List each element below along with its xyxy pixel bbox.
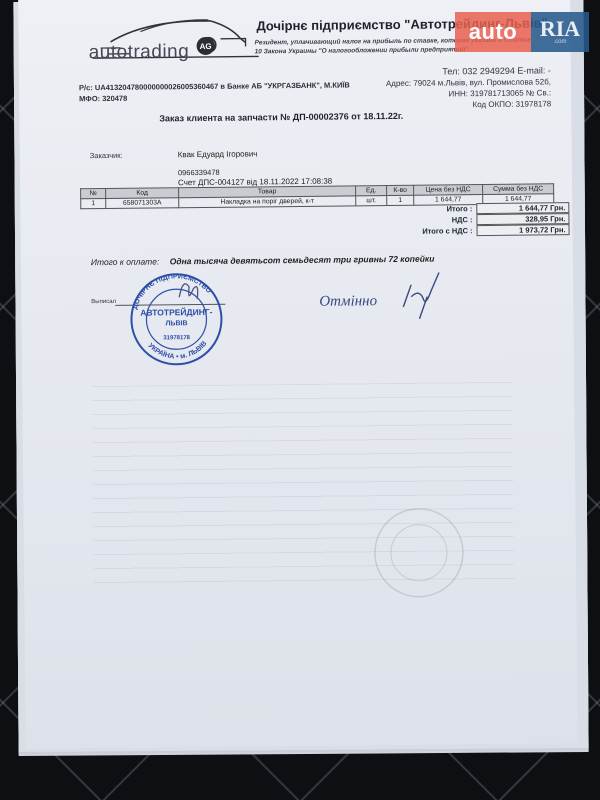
watermark-ria: RIA .com (531, 12, 589, 52)
to-pay-label: Итого к оплате: (91, 256, 160, 267)
svg-text:ДОЧІРНЄ ПІДПРИЄМСТВО: ДОЧІРНЄ ПІДПРИЄМСТВО (131, 273, 212, 310)
col-unit: Ед. (356, 186, 387, 196)
logo-badge: AG (197, 37, 215, 55)
company-contacts: Тел: 032 2949294 E-mail: - Адрес: 79024 … (386, 65, 552, 111)
issued-by-label: Выписал (91, 299, 116, 305)
autoria-watermark: auto RIA .com (455, 12, 589, 52)
customer-name: Квак Едуард Ігорович (178, 149, 258, 159)
amount-in-words: Одна тысяча девятьсот семьдесят три грив… (170, 254, 435, 267)
watermark-domain: .com (553, 39, 566, 45)
svg-text:31978178: 31978178 (163, 335, 190, 341)
company-stamp-icon: ДОЧІРНЄ ПІДПРИЄМСТВО УКРАЇНА • м. ЛЬВІВ … (121, 267, 232, 368)
bank-details: Р/с: UA413204780000000026005360467 в Бан… (79, 79, 350, 104)
total-label: Итого с НДС : (321, 226, 477, 237)
total-value: 1 973,72 Грн. (476, 224, 569, 236)
watermark-ria-text: RIA (540, 19, 580, 39)
cell-number: 1 (81, 199, 106, 209)
svg-text:Отмінно: Отмінно (319, 293, 377, 310)
cell-code: 658071303A (106, 198, 179, 209)
watermark-auto: auto (455, 12, 531, 52)
subtotal-label: Итого : (320, 204, 476, 215)
signature-icon: Отмінно (311, 270, 452, 321)
mfo: МФО: 320478 (79, 90, 350, 104)
col-number: № (81, 189, 106, 199)
svg-text:АВТОТРЕЙДИНГ-: АВТОТРЕЙДИНГ- (140, 306, 212, 318)
customer-label: Заказчик: (90, 151, 123, 160)
totals-block: Итого : 1 644,77 Грн. НДС : 328,95 Грн. … (320, 202, 569, 238)
vat-label: НДС : (320, 215, 476, 226)
logo-wordmark: autotrading (89, 41, 190, 64)
amount-to-pay: Итого к оплате: Одна тысяча девятьсот се… (91, 254, 435, 268)
order-title: Заказ клиента на запчасти № ДП-00002376 … (159, 111, 403, 124)
bleed-through-stamp-icon (363, 502, 474, 603)
invoice-document: autotrading AG Дочірнє підприємство "Авт… (18, 0, 578, 749)
customer-phone: 0966339478 (178, 168, 220, 177)
svg-text:ЛЬВІВ: ЛЬВІВ (165, 320, 187, 327)
total-row: Итого с НДС : 1 973,72 Грн. (321, 224, 570, 238)
col-qty: К-во (387, 185, 414, 195)
okpo: Код ОКПО: 31978178 (386, 98, 551, 111)
